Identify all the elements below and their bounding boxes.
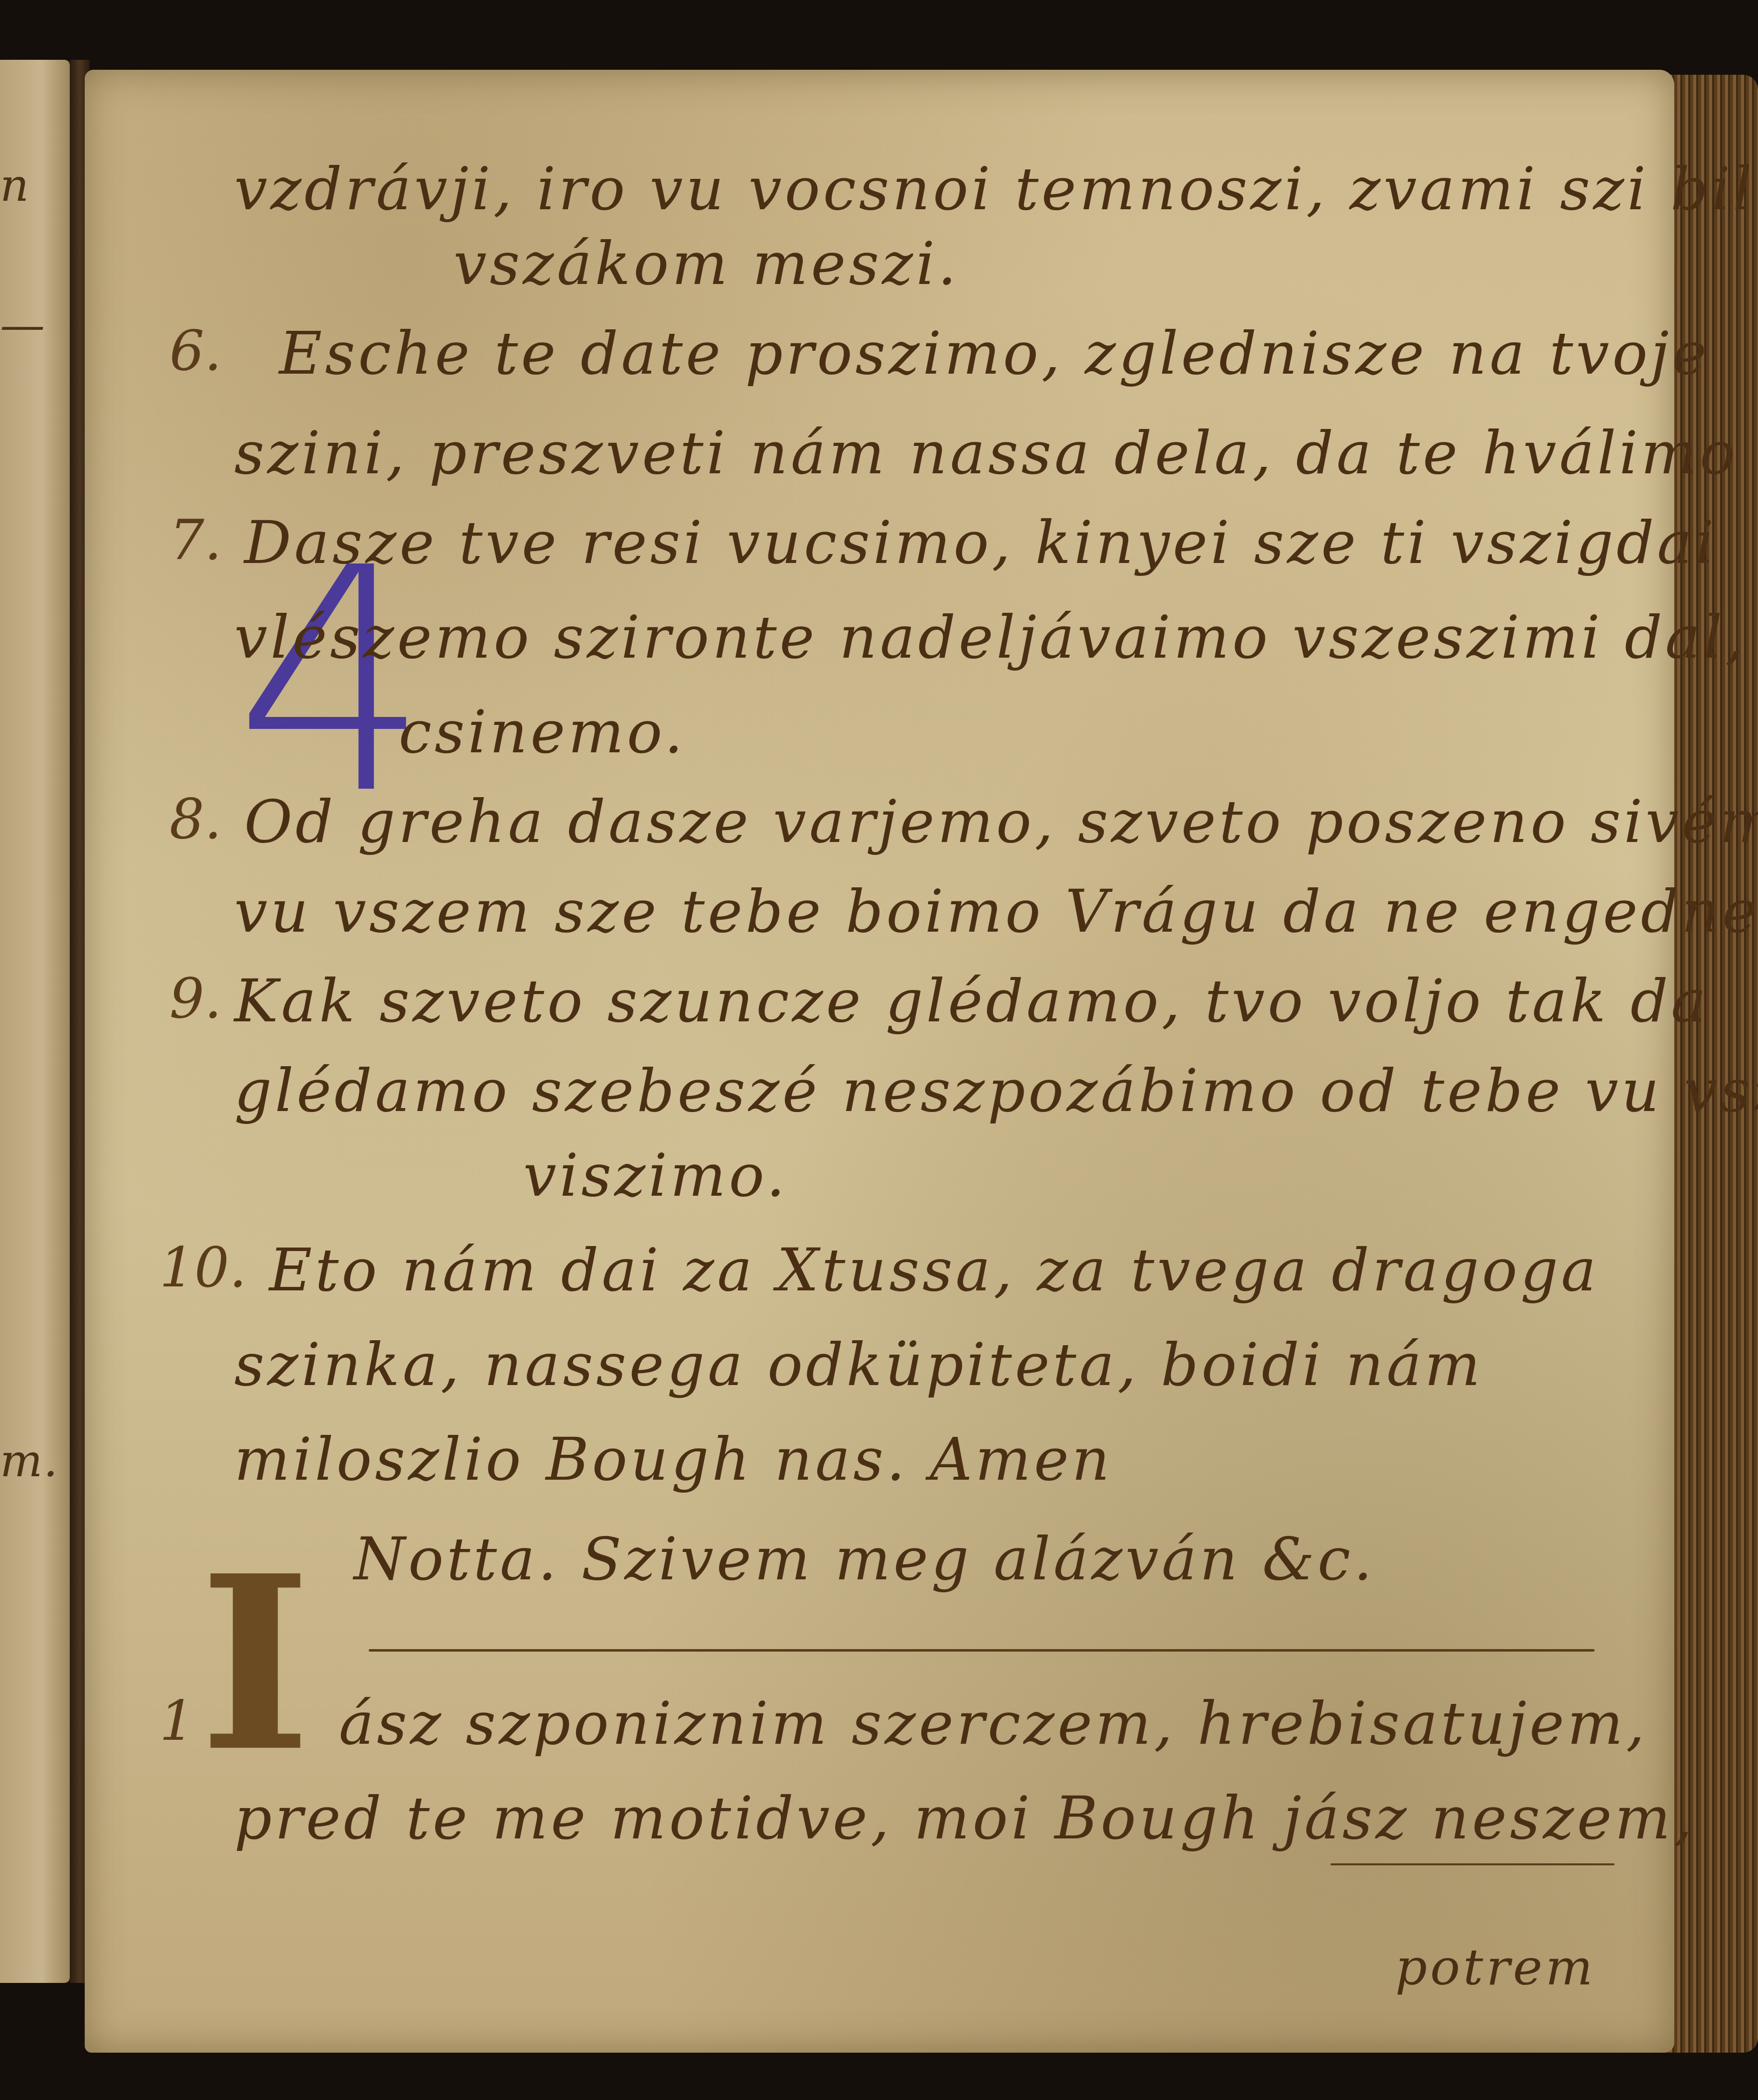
verse-number: 1 [159,1689,194,1753]
text-line: glédamo szebeszé neszpozábimo od tebe vu… [234,1056,1758,1125]
text-line: Eto nám dai za Xtussa, za tvega dragoga [269,1236,1599,1304]
text-line: csinemo. [399,698,686,766]
text-line: vu vszem sze tebe boimo Vrágu da ne enge… [234,877,1758,946]
verse-number: 6. [169,319,222,383]
verse-number: 8. [169,787,222,851]
left-fragment-dash: — [0,299,46,351]
text-line: szinka, nassega odküpiteta, boidi nám [234,1330,1483,1399]
verse-number: 10. [159,1236,247,1299]
verse-number: 7. [169,508,222,572]
text-line: Esche te date proszimo, zglednisze na tv… [279,319,1710,388]
text-line: viszimo. [523,1141,788,1210]
text-line: szini, preszveti nám nassa dela, da te h… [234,419,1758,487]
left-fragment-text: m. [0,1435,59,1487]
text-line: ász szponiznim szerczem, hrebisatujem, [339,1689,1648,1758]
decorated-initial: I [199,1544,311,1784]
text-line: miloszlio Bough nas. Amen [234,1425,1113,1494]
text-line: vlészemo szironte nadeljávaimo vszeszimi… [234,603,1747,672]
heading-underline [369,1649,1595,1652]
text-line: Dasze tve resi vucsimo, kinyei sze ti vs… [244,508,1717,577]
text-line: Od greha dasze varjemo, szveto poszeno s… [244,787,1758,856]
text-line: pred te me motidve, moi Bough jász nesze… [234,1784,1695,1852]
left-page-fragment: n — m. [0,60,70,1983]
catchword: potrem [1395,1938,1596,1996]
text-line: Kak szveto szuncze glédamo, tvo voljo ta… [234,967,1709,1035]
left-fragment-text: n [0,159,30,212]
text-line: vzdrávji, iro vu vocsnoi temnoszi, zvami… [234,154,1755,223]
manuscript-page: 4 vzdrávji, iro vu vocsnoi temnoszi, zva… [85,70,1674,2053]
text-line: vszákom meszi. [453,229,959,298]
verse-number: 9. [169,967,222,1030]
section-heading: Notta. Szivem meg alázván &c. [354,1525,1375,1593]
catchword-rule [1330,1863,1614,1865]
